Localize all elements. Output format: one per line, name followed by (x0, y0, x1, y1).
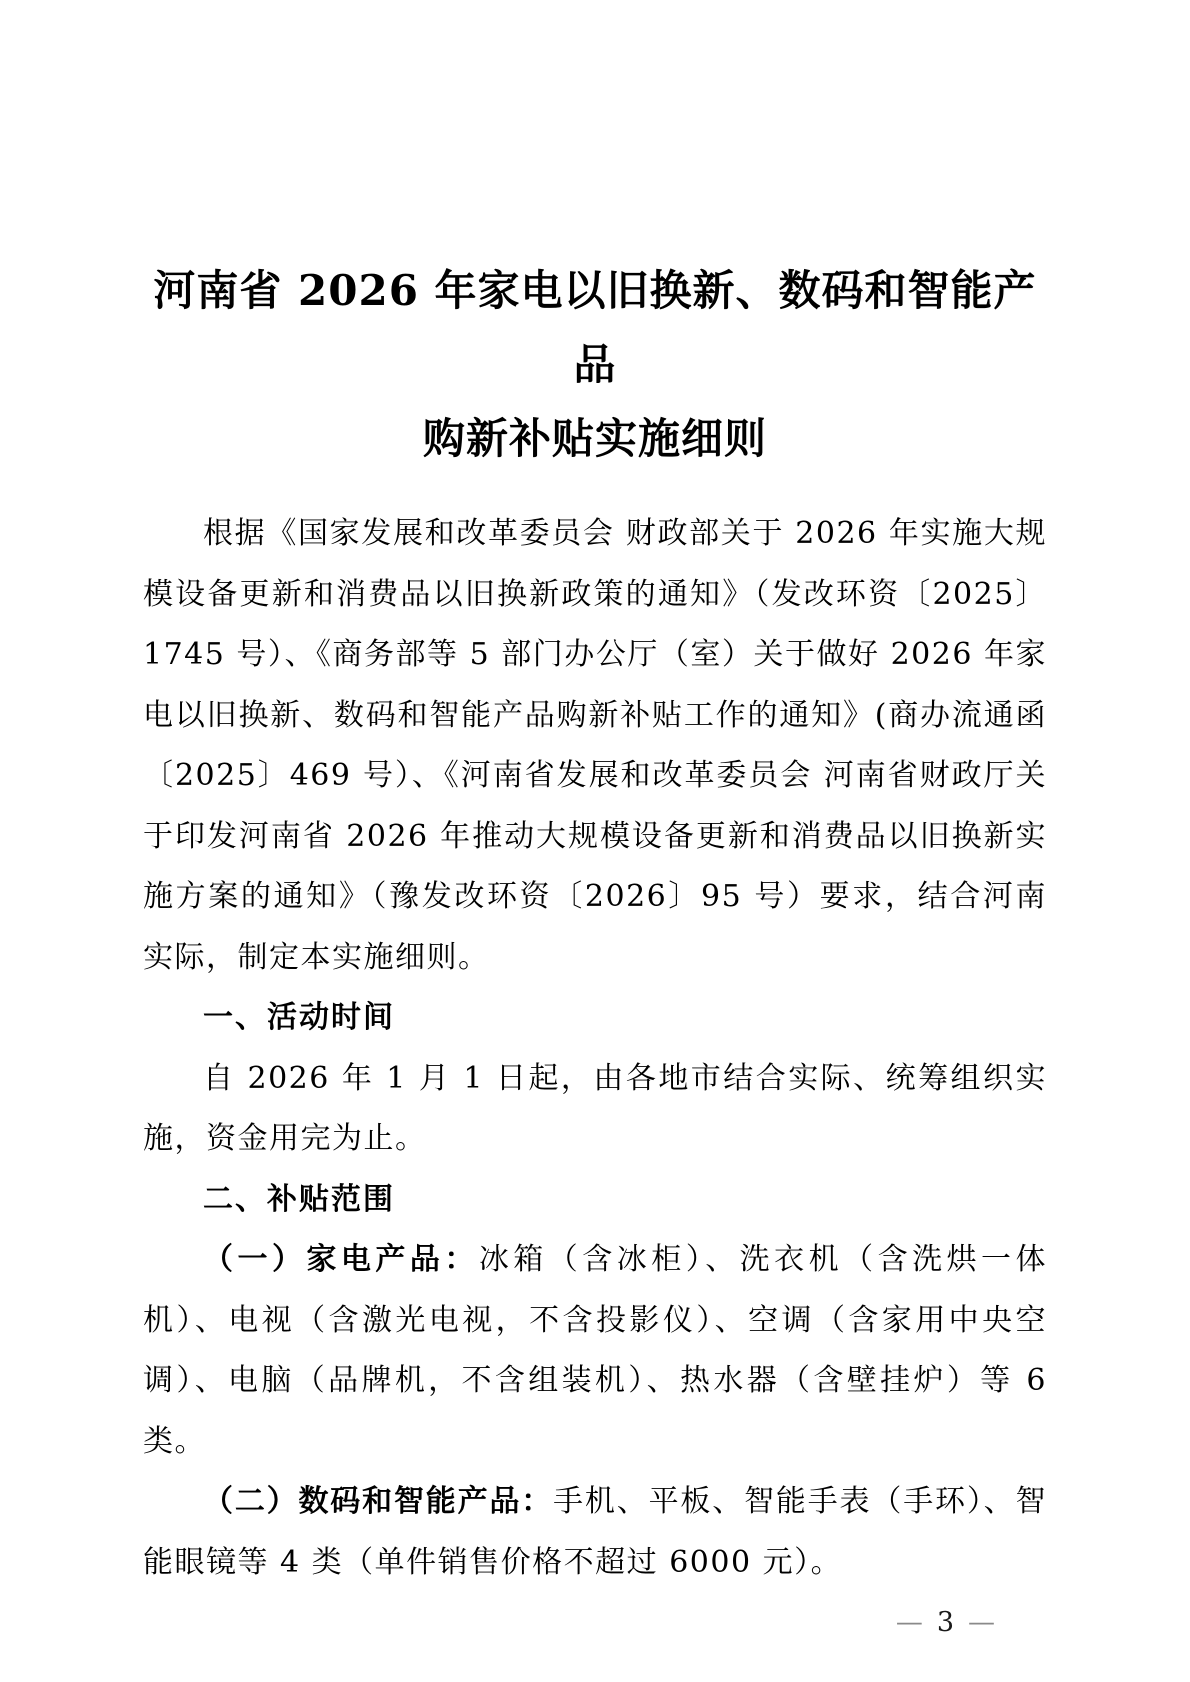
section-2-item-1: （一）家电产品：冰箱（含冰柜）、洗衣机（含洗烘一体机）、电视（含激光电视，不含投… (143, 1230, 1047, 1472)
section-2-heading: 二、补贴范围 (143, 1170, 1047, 1231)
item-2-label: （二）数码和智能产品： (203, 1484, 553, 1519)
document-page: 河南省 2026 年家电以旧换新、数码和智能产品 购新补贴实施细则 根据《国家发… (0, 0, 1190, 1682)
section-1-heading: 一、活动时间 (143, 988, 1047, 1049)
section-1-body: 自 2026 年 1 月 1 日起，由各地市结合实际、统筹组织实施，资金用完为止… (143, 1049, 1047, 1170)
page-footer: —3— (143, 1593, 1047, 1654)
footer-dash-right: — (954, 1607, 1009, 1638)
document-content: 河南省 2026 年家电以旧换新、数码和智能产品 购新补贴实施细则 根据《国家发… (143, 254, 1047, 1654)
item-1-label: （一）家电产品： (203, 1242, 479, 1277)
intro-paragraph: 根据《国家发展和改革委员会 财政部关于 2026 年实施大规模设备更新和消费品以… (143, 504, 1047, 988)
page-number: 3 (937, 1607, 954, 1638)
footer-dash-left: — (882, 1607, 937, 1638)
title-line-2: 购新补贴实施细则 (143, 402, 1047, 476)
title-line-1: 河南省 2026 年家电以旧换新、数码和智能产品 (143, 254, 1047, 402)
document-title: 河南省 2026 年家电以旧换新、数码和智能产品 购新补贴实施细则 (143, 254, 1047, 476)
section-2-item-2: （二）数码和智能产品：手机、平板、智能手表（手环）、智能眼镜等 4 类（单件销售… (143, 1472, 1047, 1593)
